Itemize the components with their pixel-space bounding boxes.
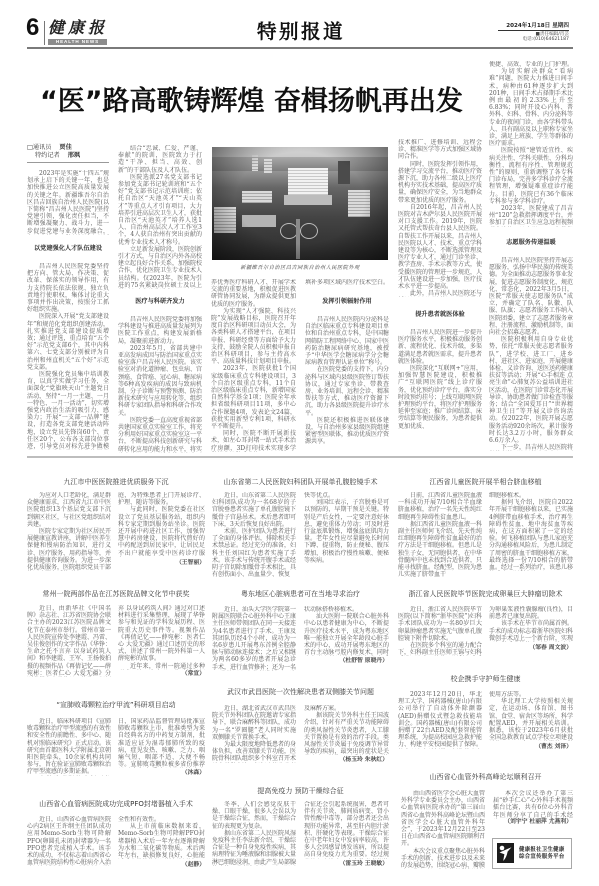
paragraph: 合征还会引起系统损害，患者可伴有关节炎、肺间质病变、肾小管性酸中毒等，部分患者还… — [304, 801, 389, 859]
feature-column-5-lead: 便捷、高效、专业的上门护理。 为切实解决群众“看病难”问题，医院大力推进日间手术… — [489, 61, 573, 227]
paragraph: 昌吉州人民医院党委将加强学科建设与推进高质量发展列为医院工作重点，构建发展新格局… — [118, 316, 202, 345]
header-rule — [27, 47, 573, 49]
paragraph: 医院党委一直高度重视省部共建国家重点实验室工作，将充分利用好国家重点实验室这一平… — [118, 417, 202, 453]
masthead-divider — [44, 21, 45, 45]
hospital-exterior-photo — [212, 147, 388, 260]
author-credit: （杜舒智 原晓丹） — [338, 658, 388, 665]
brief-column-left: 近日，湖北省武汉市武昌医院关节外科团队在院邀请专家指导下，联合麻醉科等团队，成功… — [212, 705, 296, 763]
brief-column-right: 为卵巢浆液性囊腺瘤(良性)，目前患者已康复出院。 该手术在毕节市尚属首例。手术的… — [489, 606, 573, 642]
paragraph: 据该院关节外科主任王国波介绍，针对有严重关节功能障碍的类风湿性关节炎患者，人工膝… — [304, 712, 389, 755]
feature-headline: “医”路高歌铸辉煌 奋楫扬帆再出发 — [40, 86, 463, 118]
paragraph: 技术推广、进修培训、远程会诊、精准医学等方式加强区域协同合作。 — [398, 139, 482, 161]
author-credit: （常宣） — [180, 671, 205, 678]
page-number: 6 — [26, 15, 39, 41]
paragraph: 2023年5月，省部共建中亚高发病成因与防治国家重点实验室落户昌吉州人民医院。该… — [118, 345, 202, 417]
promo-badge: 健康报社卫生健康 综合宣传服务平台 — [492, 838, 572, 869]
brief-column-left: 日前，江西省儿童医院血液一科成功开展7/10相合半血缘脐血移植，治疗一名先天性纯… — [398, 492, 482, 578]
paragraph: 近日，山西省心血管病医院心内2病区王许纲主任团队成功应用Memo-Sorb生物可… — [27, 816, 111, 866]
brief-headline: 山西省心血管病医院成功完成PFO封堵器植入手术 — [27, 800, 205, 809]
paragraph: 在医院党委的支持下，内分泌科与区域内县级医院签订帮扶协议，通过专家坐诊、带教查房… — [305, 366, 389, 416]
paragraph: 华北理工大学按照相关规定，在运动场、体育馆、图书馆、食堂、宿舍区等场所，科学配置… — [489, 698, 573, 741]
paragraph: 为卵巢浆液性囊腺瘤(良性)，目前患者已康复出院。 — [489, 606, 573, 620]
paragraph: 医院选派27名党支部书记参加党支部书记轮训班和“五个好”党支部书记示范培训班；依… — [118, 174, 202, 246]
feature-column-4-lead: 技术推广、进修培训、远程会诊、精准医学等方式加强区域协同合作。 同时，医院发挥引… — [398, 139, 482, 297]
brief-column-left: 近日，由新华社《中国名牌》杂志社、江苏省医院协会联合主办的2023江苏医院品牌文… — [27, 605, 111, 677]
section-heading: 以党建强化人才队伍建设 — [27, 245, 109, 253]
brief-headline: 九江市中医医院推进优质服务下沉 — [27, 478, 205, 487]
feature-column-1: 昌吉州人民医院党委坚持把方向、管大局、作决策、促改革、保落实的领导作用，有力支持… — [27, 263, 109, 450]
paragraph: 从上市前临床数据来看，Memo-Sorb生物可降解PFO封堵器植入术后一年左右逐… — [118, 823, 205, 859]
paragraph: 2023年是实施“十四五”规划承上启下的关键一年，也是加快推进公立医院高质量发展… — [27, 170, 109, 235]
promo-line: 健康报社卫生健康 — [519, 847, 565, 854]
paragraph: 立足新发展阶段，医院创新引才方式，与自治区内外各高校建立起良好合作关系，加强院校… — [118, 246, 202, 289]
issue-date: 2024年1月18日 星期四 — [498, 23, 569, 31]
paragraph: 结合“忠诚、仁爱、严谨、奉献”的院训，医院致力于打造“干净、担当、高效、创新”的… — [118, 145, 202, 174]
brief-column-left: 近日，临床科研项目《宣肺败毒颗粒治疗甲型流感的有效性和安全性的前瞻性、多中心、随… — [27, 718, 111, 776]
section-heading: 发挥引领辐射作用 — [305, 298, 389, 306]
paragraph: 同时，医院不断开展新技术，如左心耳封堵一站式手术治疗房颤、3D打印技术实现多学科… — [211, 430, 296, 452]
paragraph: 2023年，医院获批1个国家级临床重点专科建设项目，3个自治区级重点专科，11个… — [211, 365, 296, 430]
author-credit: （赵静） — [180, 862, 205, 869]
paragraph: 据何飞介绍，医院自2022年开展干细胞移植以来，已实施4例脐带血移植手术，治疗再… — [489, 499, 573, 571]
brief-headline: 山西省心血管外科高峰论坛顺利召开 — [398, 773, 573, 782]
paragraph: 由山西省医学会心脏大血管外科学专业委员会主办，山西省心血管病医院承办的“第三届山… — [401, 790, 485, 848]
paragraph: 同时，医院发挥引领作用，搭建学习交流平台，推动医疗资源下沉，助力各州二级以上医疗… — [398, 161, 482, 204]
section-heading: 志愿服务传递温暖 — [489, 239, 573, 247]
photo-vignette — [212, 147, 388, 260]
masthead-english-label: HEALTH NEWS — [48, 39, 107, 45]
editor-phone: 电话:(010)64621187 — [523, 37, 569, 42]
brief-column-right: 庭，为特殊患者上门开展诊疗、护理、随访等服务。 与此同时，医院党委在社区设立了党… — [118, 492, 205, 557]
brief-column-right: 弃 以身试药筑人间》通过对口述材料进行采集整理，展现了华铮参与和见证的学科发展历… — [118, 605, 205, 670]
paragraph: 该手术在毕节市尚属首例。手术的成功标志着浙毕医院妇科微创手术迈上一个新台阶，实现… — [489, 620, 573, 642]
section-title: 特别报道 — [257, 21, 345, 43]
paragraph: 为实现“人才强院、科技兴院”发展战略目标，医院召开年度自治区科研项目动员大会，为… — [211, 308, 296, 366]
photo-caption: 新疆维吾尔自治区昌吉回族自治州人民医院外观 — [212, 265, 388, 272]
feature-column-3b-lead: 填补多项区域内医疗技术空白。 — [305, 279, 389, 286]
paragraph: 医院深化“互联网+”应用，加强智慧医院建设，积极推广“互联网医院”线上诊疗服务，… — [398, 365, 482, 430]
brief-column-right: 全性和有效性。 从上市前临床数据来看，Memo-Sorb生物可降解PFO封堵器植… — [118, 816, 205, 859]
paragraph: 此外，昌吉州人民医院还与托里县人民医院签订了党建共建联盟协议，坚持党建引领，形成… — [398, 290, 482, 297]
paragraph: 本次会议还举办了第三届“砂手仁心”心外科手术视频擂台比赛，共有6位心外科青年医师… — [493, 790, 573, 819]
paragraph: 昌吉州人民医院党委坚持把方向、管大局、作决策、促改革、保落实的领导作用，有力支持… — [27, 263, 109, 313]
brief-headline: 武汉市武昌医院一次性解决患者双侧膝关节问题 — [212, 688, 389, 697]
feature-column-4-body: 昌吉州人民医院进一步提升医疗服务水平，积极推动服务创新、流程优化、技术升级，多渠… — [398, 329, 482, 451]
brief-column-right: 合征还会引起系统损害，患者可伴有关节炎、肺间质病变、肾小管性酸中毒等，部分患者还… — [304, 801, 389, 859]
paragraph: 刘国红表示，子宫脱垂是可以预防的，早期干预是关键。特别是产后女性，一定要注意好休… — [304, 499, 389, 564]
paragraph: 2023年，医院建成了昌吉州“120”急救指挥调度平台，并参加了自治区卫生应急远… — [489, 205, 573, 227]
brief-column-right: 及麻醉方案。 据该院关节外科主任王国波介绍，针对有严重关节功能障碍的类风湿性关节… — [304, 705, 389, 755]
brief-column-right: 日，国家药品监督管理局批准宣肺败毒颗粒上市，批准类型为来自经典名方的中药复方制剂… — [118, 718, 205, 768]
byline-label: □通讯员 — [27, 144, 51, 151]
author-credit: （杨玉玲 朱秋红） — [338, 757, 388, 764]
brief-headline: 粤东地区心脏病患者可在当地寻求治疗 — [212, 590, 389, 599]
paragraph: 本次会议重点聚焦心脏外科手术的创新、技术进步以及未来的发展趋势，围绕冠心病、瓣膜… — [401, 848, 485, 870]
promo-text: 健康报社卫生健康 综合宣传服务平台 — [519, 847, 565, 861]
brief-column-right: 本次会议还举办了第三届“砂手仁心”心外科手术视频擂台比赛，共有6位心外科青年医师… — [493, 790, 573, 819]
paragraph: 近日，山东省第二人民医院妇科团队成功为一名68岁的子宫脱垂患者实施了单孔腹腔镜下… — [212, 492, 296, 528]
brief-headline: 常州一院两部作品在江苏医院品牌文化节中获奖 — [27, 590, 205, 599]
byline-correspondent: □通讯员贾佳 — [27, 144, 109, 152]
brief-column-left: 2023年12月20日，华北理工大学、国药器械(唐山)有限公司举行了自动体外除颤… — [398, 691, 482, 749]
brief-column-left: 近日，山西省心血管病医院心内2病区王许纲主任团队成功应用Memo-Sorb生物可… — [27, 816, 111, 866]
paragraph: 弃 以身试药筑人间》通过对口述材料进行采集整理，展现了华铮参与和见证的学科发展历… — [118, 605, 205, 663]
byline-label: 特约记者 — [35, 152, 60, 159]
brief-headline: 浙江省人民医院毕节医院完成卵巢巨大肿瘤切除术 — [398, 590, 573, 599]
section-heading: 提升患者就医体验 — [398, 311, 482, 319]
paragraph: 昌吉州人民医院坚持开展志愿服务，弘扬中华民族的传统美德。为全面推动志愿服务事业发… — [489, 257, 573, 336]
paragraph: 医院深入开展“党支部建设年”和规范化党组织创建活动，扎实推进党支部建设提质增效；… — [27, 313, 109, 371]
paragraph: 据江西省儿童医院血液一科副主任医师何飞介绍，先天性纯红细胞再生障碍性贫血最好的治… — [398, 521, 482, 579]
byline-name: 邢飒 — [68, 152, 80, 159]
author-credit: （王智丽） — [174, 560, 205, 567]
feature-intro: 2023年是实施“十四五”规划承上启下的关键一年，也是加快推进公立医院高质量发展… — [27, 170, 109, 235]
paragraph: 昌吉州人民医院内分泌科是自治区临床重点专科建设项目单位和自治州重点专科，是中国糖… — [305, 316, 389, 366]
paragraph: 近日，湖北省武汉市武昌医院关节外科团队在院邀请专家指导下，联合麻醉科等团队，成功… — [212, 705, 296, 741]
byline: □通讯员贾佳 特约记者邢飒 — [27, 144, 109, 163]
paragraph: 近年来，常州一院通过多种形式，让公众直观、生动地了解老一辈医护人员的奋斗历程，展… — [118, 663, 205, 670]
paragraph: 近日，汕头大学医学院第一附属医院联合心脏外科中心王康主任医师带领团队在同一天接连… — [212, 606, 296, 671]
health-news-logo-icon — [497, 843, 514, 863]
brief-column-left: 近日，汕头大学医学院第一附属医院联合心脏外科中心王康主任医师带领团队在同一天接连… — [212, 606, 296, 671]
brief-column-left: 近日，浙江省人民医院毕节医院(以下简称“浙毕医院”)妇科手术团队成功为一名80岁… — [398, 606, 482, 656]
brief-headline: 山东省第二人民医院妇科团队开展单孔腹腔镜手术 — [212, 478, 389, 487]
author-credit: （邹春 周文波） — [527, 645, 572, 652]
brief-column-right: 细胞移植术。 据何飞介绍，医院自2022年开展干细胞移植以来，已实施4例脐带血移… — [489, 492, 573, 571]
brief-column-left: 由山西省医学会心脏大血管外科学专业委员会主办，山西省心血管病医院承办的“第三届山… — [401, 790, 485, 869]
paragraph: 医院还积极推进医联体建设，与自治州多家县级医院组建紧密型医联体，推动优质医疗资源… — [305, 417, 389, 446]
section-heading: 医疗与科研齐发力 — [118, 298, 202, 306]
brief-headline: 提高免疫力 预防干燥综合征 — [212, 787, 389, 796]
paragraph: 医院积极利用自身专业优势，依托“常服天使志愿者服务队”，进学校、进工厂、进乡村、… — [489, 336, 573, 444]
paragraph: 近日，由新华社《中国名牌》杂志社、江苏省医院协会联合主办的2023江苏医院品牌文… — [27, 605, 111, 677]
paragraph: 日，国家药品监督管理局批准宣肺败毒颗粒上市，批准类型为来自经典名方的中药复方制剂… — [118, 718, 205, 768]
paragraph: 昌吉州人民医院进一步提升医疗服务水平，积极推动服务创新、流程优化、技术升级，多渠… — [398, 329, 482, 365]
brief-column-right: 使用方法等。 华北理工大学按照相关规定，在运动场、体育馆、图书馆、食堂、宿舍区等… — [489, 691, 573, 741]
paragraph: 近日，临床科研项目《宣肺败毒颗粒治疗甲型流感的有效性和安全性的前瞻性、多中心、随… — [27, 718, 111, 776]
paragraph: 医院按照“建管适宜性、疾病关注性、学科关联性、分科均衡性、流程有序性、管理规范性… — [489, 147, 573, 205]
paragraph: 汕大医附一院联合心脏外科中心以患者健康为中心，不断提升医疗技术水平，成为粤东地区… — [304, 613, 389, 656]
feature-column-5-body: 昌吉州人民医院坚持开展志愿服务，弘扬中华民族的传统美德。为全面推动志愿服务事业发… — [489, 257, 573, 451]
byline-reporter: 特约记者邢飒 — [27, 152, 109, 160]
author-credit: （沐森） — [180, 770, 205, 777]
brief-column-right: 快等优点。 刘国红表示，子宫脱垂是可以预防的，早期干预是关键。特别是产后女性，一… — [304, 492, 389, 571]
brief-column-left: 为应对人口老龄化，满足群众健康需求，江西省九江市中医医院组织13个基层党支部下沉… — [27, 492, 111, 571]
paragraph: 与此同时，医院党委在社区设立了党员基层服务站，组织内科专家定期到服务站坐诊。医院… — [118, 506, 205, 556]
paragraph: 为切实解决群众“看病难”问题，医院大力推进日间手术，病种由61种逐步扩大到201… — [489, 68, 573, 147]
brief-column-left: 近日，山东省第二人民医院妇科团队成功为一名68岁的子宫脱垂患者实施了单孔腹腔镜下… — [212, 492, 296, 578]
feature-column-3b-body: 昌吉州人民医院内分泌科是自治区临床重点专科建设项目单位和自治州重点专科，是中国糖… — [305, 316, 389, 453]
paragraph: 术前，医护团队为患者进行了全面的身体评估，排除相关手术禁忌证。经过充分的准备，妇… — [212, 528, 296, 578]
paragraph: 自2016年起，昌吉州人民医院对吉木萨尔县人民医院开展对口支援工作。2019年，… — [398, 204, 482, 290]
author-credit: （曹杰 刘泽） — [533, 744, 572, 751]
paragraph: 为应对人口老龄化，满足群众健康需求，江西省九江市中医医院组织13个基层党支部下沉… — [27, 492, 111, 528]
brief-headline: 校企携手守护师生健康 — [398, 675, 573, 684]
paragraph: 医院强化党员集中培训教育，以真学实做学习任务，全面深化“党旗映天山”主题党日活动… — [27, 371, 109, 450]
paragraph: 日前，江西省儿童医院血液一科成功开展7/10相合半血缘脐血移植，治疗一名先天性纯… — [398, 492, 482, 521]
masthead-logo: 健康报 — [48, 18, 108, 37]
author-credit: （刘宇宁 杜丽萍 尤燕利） — [502, 819, 572, 826]
section-divider — [27, 456, 573, 458]
brief-headline: 江西省儿童医院开展半相合脐血移植 — [398, 478, 573, 487]
paragraph: 庭，为特殊患者上门开展诊疗、护理、随访等服务。 — [118, 492, 205, 506]
feature-column-2-body: 昌吉州人民医院党委将加强学科建设与推进高质量发展列为医院工作重点，构建发展新格局… — [118, 316, 202, 453]
paragraph: 在医院多个科室的通力配合下，妇科副主任医师王锦与妇科手术团队分工协作，顺利完成手… — [398, 642, 482, 656]
paragraph: 医院专家定期为社区居民开展健康宣教讲座，讲解中医养生保健和慢病防治知识，进行义诊… — [27, 528, 111, 571]
paragraph: 近日，浙江省人民医院毕节医院(以下简称“浙毕医院”)妇科手术团队成功为一名80岁… — [398, 606, 482, 642]
promo-line: 综合宣传服务平台 — [519, 854, 565, 861]
paragraph: 下一步，昌吉州人民医院将继续坚持以人民健康为中心，不断提升医疗服务能力和水平，为… — [489, 444, 573, 451]
feature-column-2-lead: 结合“忠诚、仁爱、严谨、奉献”的院训，医院致力于打造“干净、担当、高效、创新”的… — [118, 145, 202, 289]
paragraph: 为最大限度地降低患者的身体负担，改善双膝关节功能，医院骨科团队组织多个科室召开术… — [212, 741, 296, 763]
byline-name: 贾佳 — [59, 144, 71, 151]
feature-column-3a: 养优秀医疗科研人才、开展学术交流的重要基地，积极促进医教研管协同发展，为群众提供… — [211, 279, 296, 452]
paragraph: 冬季，人们会感觉皮肤干燥、口眼干燥，很多人会误以为是干燥综合征，然而，干燥综合征… — [212, 801, 296, 830]
author-credit: （雷玉玲 王晓敏） — [338, 861, 388, 868]
paragraph: 养优秀医疗科研人才、开展学术交流的重要基地，积极促进医教研管协同发展，为群众提供… — [211, 279, 296, 308]
paragraph: 填补多项区域内医疗技术空白。 — [305, 279, 389, 286]
paragraph: 据山东省第二人民医院风湿免疫科主任李法新介绍，干燥综合征是一种自身免疫性疾病，其… — [212, 830, 296, 866]
paragraph: 2023年12月20日，华北理工大学、国药器械(唐山)有限公司举行了自动体外除颤… — [398, 691, 482, 749]
brief-headline: “宣肺败毒颗粒治疗甲流”科研项目启动 — [27, 701, 205, 710]
brief-column-left: 冬季，人们会感觉皮肤干燥、口眼干燥，很多人会误以为是干燥综合征，然而，干燥综合征… — [212, 801, 296, 866]
brief-column-right: 状动脉搭桥移植术。 汕大医附一院联合心脏外科中心以患者健康为中心，不断提升医疗技… — [304, 606, 389, 656]
